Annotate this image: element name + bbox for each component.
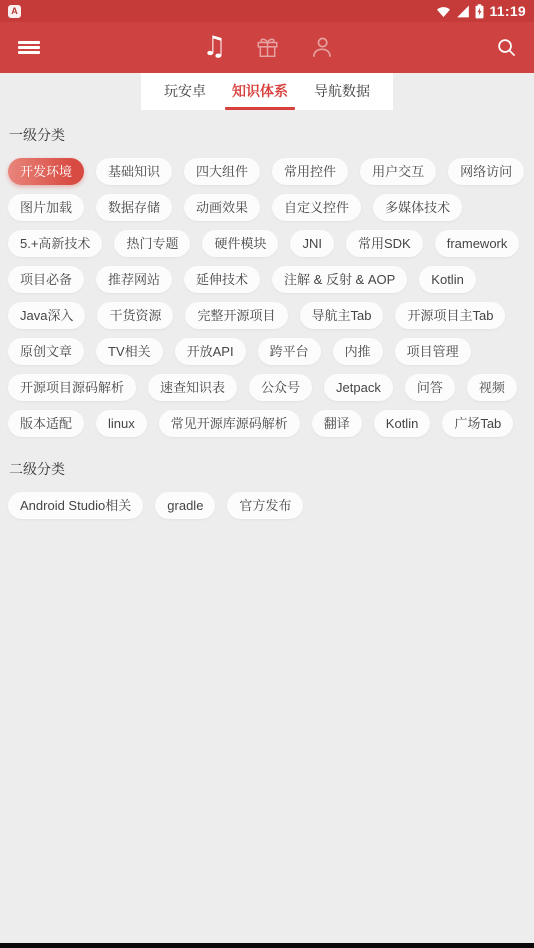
category-chip[interactable]: 5.+高新技术 xyxy=(8,230,102,257)
category-chip[interactable]: 注解 & 反射 & AOP xyxy=(272,266,407,293)
category-chip[interactable]: 数据存储 xyxy=(96,194,172,221)
level1-chip-list: 开发环境基础知识四大组件常用控件用户交互网络访问图片加载数据存储动画效果自定义控… xyxy=(8,158,526,437)
category-chip[interactable]: linux xyxy=(96,410,147,437)
category-chip[interactable]: 跨平台 xyxy=(258,338,321,365)
subcategory-chip[interactable]: 官方发布 xyxy=(227,492,303,519)
level2-chip-list: Android Studio相关gradle官方发布 xyxy=(8,492,526,519)
category-chip[interactable]: 常见开源库源码解析 xyxy=(159,410,300,437)
app-screen: A 11:19 xyxy=(0,0,534,948)
user-icon[interactable] xyxy=(308,34,335,61)
category-chip[interactable]: 问答 xyxy=(405,374,455,401)
category-chip[interactable]: 内推 xyxy=(333,338,383,365)
android-navigation-bar xyxy=(0,943,534,948)
subcategory-chip[interactable]: Android Studio相关 xyxy=(8,492,143,519)
category-chip[interactable]: 开源项目主Tab xyxy=(395,302,505,329)
category-chip[interactable]: JNI xyxy=(290,230,334,257)
category-chip[interactable]: 导航主Tab xyxy=(300,302,384,329)
app-bar-center-nav: ♫ xyxy=(42,34,495,61)
category-chip[interactable]: Kotlin xyxy=(374,410,431,437)
category-chip[interactable]: 完整开源项目 xyxy=(185,302,287,329)
category-chip[interactable]: 图片加载 xyxy=(8,194,84,221)
search-icon[interactable] xyxy=(495,36,518,59)
status-bar-clock: 11:19 xyxy=(489,3,526,19)
tab-row: 玩安卓知识体系导航数据 xyxy=(0,73,534,110)
category-chip[interactable]: 动画效果 xyxy=(184,194,260,221)
category-chip[interactable]: 视频 xyxy=(467,374,517,401)
category-chip[interactable]: 推荐网站 xyxy=(96,266,172,293)
cellular-signal-icon xyxy=(456,5,470,18)
category-chip[interactable]: 常用SDK xyxy=(346,230,423,257)
category-chip[interactable]: 基础知识 xyxy=(96,158,172,185)
level1-section-title: 一级分类 xyxy=(9,125,526,145)
category-chip[interactable]: Jetpack xyxy=(324,374,393,401)
category-chip[interactable]: 公众号 xyxy=(249,374,312,401)
battery-charging-icon xyxy=(475,4,484,19)
gift-icon[interactable] xyxy=(254,34,281,61)
category-chip[interactable]: 常用控件 xyxy=(272,158,348,185)
category-chip[interactable]: 多媒体技术 xyxy=(373,194,462,221)
app-bar: ♫ xyxy=(0,22,534,73)
category-chip[interactable]: 项目必备 xyxy=(8,266,84,293)
notification-app-icon: A xyxy=(8,5,21,18)
category-chip[interactable]: TV相关 xyxy=(96,338,163,365)
status-bar: A 11:19 xyxy=(0,0,534,22)
category-chip[interactable]: framework xyxy=(435,230,520,257)
category-chip[interactable]: 自定义控件 xyxy=(272,194,361,221)
category-chip[interactable]: 网络访问 xyxy=(448,158,524,185)
category-chip[interactable]: 项目管理 xyxy=(395,338,471,365)
menu-icon[interactable] xyxy=(16,39,42,56)
category-chip[interactable]: 速查知识表 xyxy=(148,374,237,401)
category-chip[interactable]: 原创文章 xyxy=(8,338,84,365)
level2-section-title: 二级分类 xyxy=(9,459,526,479)
tab[interactable]: 玩安卓 xyxy=(151,73,219,110)
category-content: 一级分类 开发环境基础知识四大组件常用控件用户交互网络访问图片加载数据存储动画效… xyxy=(0,125,534,519)
tab[interactable]: 导航数据 xyxy=(301,73,383,110)
tab-strip: 玩安卓知识体系导航数据 xyxy=(141,73,393,110)
category-chip[interactable]: 热门专题 xyxy=(114,230,190,257)
category-chip[interactable]: Kotlin xyxy=(419,266,476,293)
wifi-icon xyxy=(436,5,451,18)
category-chip[interactable]: 四大组件 xyxy=(184,158,260,185)
category-chip[interactable]: Java深入 xyxy=(8,302,85,329)
category-chip[interactable]: 硬件模块 xyxy=(202,230,278,257)
category-chip[interactable]: 开放API xyxy=(175,338,246,365)
category-chip[interactable]: 干货资源 xyxy=(97,302,173,329)
category-chip[interactable]: 开发环境 xyxy=(8,158,84,185)
category-chip[interactable]: 延伸技术 xyxy=(184,266,260,293)
music-icon[interactable]: ♫ xyxy=(202,34,226,61)
category-chip[interactable]: 版本适配 xyxy=(8,410,84,437)
category-chip[interactable]: 广场Tab xyxy=(442,410,513,437)
tab[interactable]: 知识体系 xyxy=(219,73,301,110)
subcategory-chip[interactable]: gradle xyxy=(155,492,215,519)
category-chip[interactable]: 用户交互 xyxy=(360,158,436,185)
status-bar-right: 11:19 xyxy=(436,3,526,19)
category-chip[interactable]: 开源项目源码解析 xyxy=(8,374,136,401)
category-chip[interactable]: 翻译 xyxy=(312,410,362,437)
